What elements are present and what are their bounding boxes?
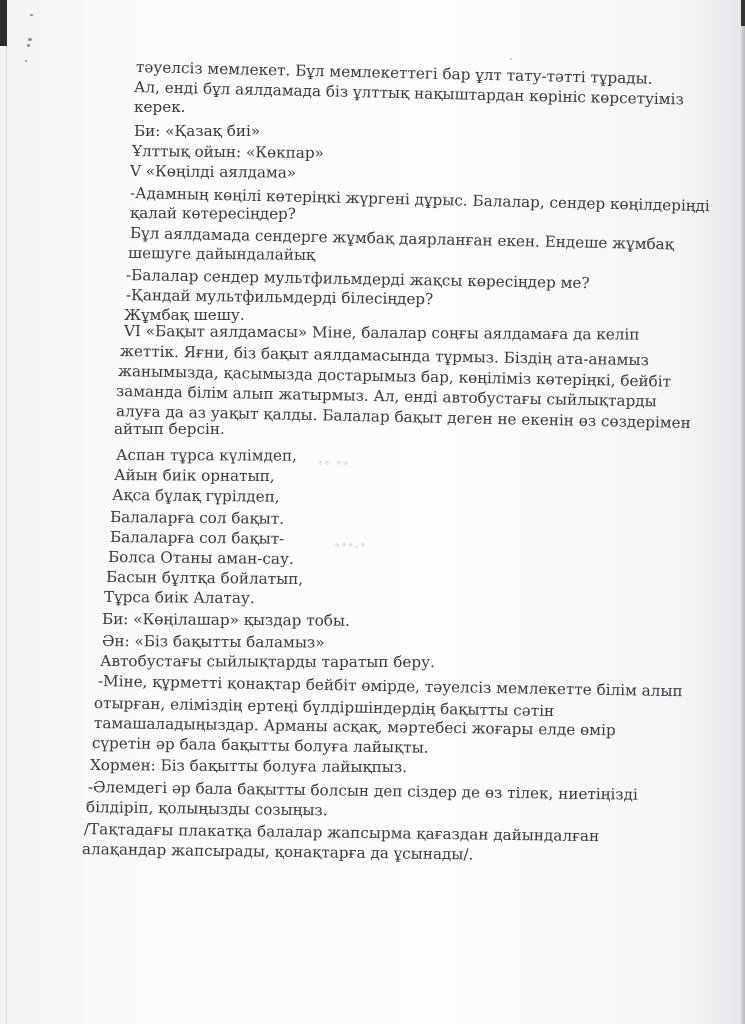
text-line: Ұлттық ойын: «Көкпар» <box>132 142 324 162</box>
text-line: Ән: «Біз бақытты баламыз» <box>102 632 325 652</box>
text-line: Балаларға сол бақыт- <box>110 528 285 548</box>
text-line: Аспан тұрса күлімдеп, <box>116 446 297 465</box>
text-line: Би: «Көңілашар» қыздар тобы. <box>102 610 350 630</box>
text-line: Басын бұлтқа бойлатып, <box>106 568 303 588</box>
text-line: Айын биік орнатып, <box>114 466 275 485</box>
text-line: керек. <box>134 98 186 116</box>
text-line: шешуге дайындалайық <box>128 244 315 264</box>
text-line: V «Көңілді аялдама» <box>130 162 296 182</box>
text-line: сүретін әр бала бақытты болуға лайықты. <box>92 734 429 757</box>
text-line: білдіріп, қолыңызды созыңыз. <box>86 798 328 819</box>
text-line: Хормен: Біз бақытты болуға лайықпыз. <box>90 756 407 776</box>
text-line: айтып берсін. <box>114 420 225 438</box>
text-line: алақандар жапсырады, қонақтарға да ұсына… <box>82 840 474 863</box>
text-line: қалай көтересіңдер? <box>130 204 296 223</box>
text-line: Болса Отаны аман-сау. <box>108 548 294 568</box>
text-line: Би: «Қазақ биі» <box>134 122 260 140</box>
text-line: Балаларға сол бақыт. <box>110 508 284 528</box>
text-line: VI «Бақыт аялдамасы» Міне, балалар соңғы… <box>124 322 640 344</box>
text-line: -Қандай мультфильмдерді білесіңдер? <box>126 286 433 308</box>
text-line: Тұрса биік Алатау. <box>104 588 255 607</box>
scanned-page: ᵊᵊ ᵊᵊ ᵊᵊᵊ-ᵊ тәуелсіз мемлекет. Бұл мемле… <box>0 0 745 1024</box>
text-line: Автобустағы сыйлықтарды таратып беру. <box>100 652 435 671</box>
text-line: Ақса бұлақ гүрілдеп, <box>112 486 280 506</box>
document-body: тәуелсіз мемлекет. Бұл мемлекеттегі бар … <box>0 0 745 1024</box>
